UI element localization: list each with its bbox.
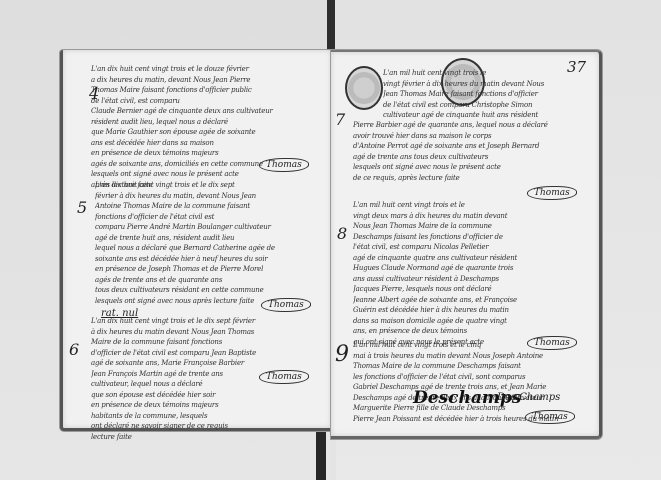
entry-line: agé de cinquante quatre ans cultivateur …	[353, 253, 593, 264]
entry-line: L'an mil huit cent vingt trois le	[383, 68, 589, 79]
entry-line: Pierre Barbier agé de quarante ans, lequ…	[353, 120, 593, 131]
entry-line: Hugues Claude Normand agé de quarante tr…	[353, 263, 593, 274]
entry-line: Guérin est décédée hier à dix heures du …	[353, 305, 593, 316]
entry-number: 8	[337, 224, 347, 243]
entry-line: de ce requis, après lecture faite	[353, 173, 593, 184]
entry-line: les fonctions d'officier de l'état civil…	[353, 372, 593, 383]
entry-line: Nous Jean Thomas Maire de la commune	[353, 221, 593, 232]
entry-line: février à dix heures du matin, devant No…	[95, 191, 325, 202]
entry-line: fonctions d'officier de l'état civil est	[95, 212, 325, 223]
entry-line: mai à trois heures du matin devant Nous …	[353, 351, 593, 362]
right-page: L'an mil huit cent vingt trois le vingt …	[331, 50, 602, 439]
entry-line: Maire de la commune faisant fonctions	[91, 337, 325, 348]
entry-line: Jacques Pierre, lesquels nous ont déclar…	[353, 284, 593, 295]
entry-line: a dix heures du matin, devant Nous Jean …	[91, 75, 323, 86]
entry-7: L'an mil huit cent vingt trois le vingt …	[383, 68, 589, 121]
entry-line: à dix heures du matin devant Nous Jean T…	[91, 327, 325, 338]
entry-line: Claude Bernier agé de cinquante deux ans…	[91, 106, 323, 117]
entry-number: 4	[89, 84, 99, 103]
entry-line: lesquels ont signé avec nous le présent …	[353, 162, 593, 173]
entry-line: d'Antoine Perrot agé de soixante ans et …	[353, 141, 593, 152]
entry-line: ans aussi cultivateur résident à Descham…	[353, 274, 593, 285]
entry-line: L'an dix huit cent vingt trois et le dix…	[91, 316, 325, 327]
entry-line: Thomas Maire de la commune Deschamps fai…	[353, 361, 593, 372]
entry-line: en présence de deux témoins majeurs	[91, 148, 323, 159]
entry-line: ont déclaré ne savoir signer de ce requi…	[91, 421, 325, 432]
entry-line: Jean Thomas Maire faisant fonctions d'of…	[383, 89, 589, 100]
entry-line: agé de trente ans tous deux cultivateurs	[353, 152, 593, 163]
entry-line: L'an dix huit cent vingt trois et le dou…	[91, 64, 323, 75]
entry-line: L'an dix huit cent vingt trois et le dix…	[95, 180, 325, 191]
entry-line: d'officier de l'état civil est comparu J…	[91, 348, 325, 359]
entry-number: 6	[69, 340, 79, 359]
signature-thomas: Thomas	[259, 158, 309, 172]
left-page: L'an dix huit cent vingt trois et le dou…	[60, 50, 331, 431]
entry-line: que Marie Gauthier son épouse agée de so…	[91, 127, 323, 138]
entry-line: lequel nous a déclaré que Bernard Cather…	[95, 243, 325, 254]
signature-des-champs: Des Champs	[497, 392, 560, 403]
entry-line: lecture faite	[91, 432, 325, 443]
entry-line: Antoine Thomas Maire de la commune faisa…	[95, 201, 325, 212]
entry-number: 7	[335, 110, 345, 129]
entry-line: cultivateur agé de cinquante huit ans ré…	[383, 110, 589, 121]
entry-line: en présence de deux témoins majeurs	[91, 400, 325, 411]
entry-line: résident audit lieu, lequel nous a décla…	[91, 117, 323, 128]
entry-line: vingt deux mars à dix heures du matin de…	[353, 211, 593, 222]
signature-thomas: Thomas	[261, 298, 311, 312]
entry-line: vingt février à dix heures du matin deva…	[383, 79, 589, 90]
entry-8: L'an mil huit cent vingt trois et le vin…	[353, 200, 593, 347]
entry-line: agé de trente huit ans, résident audit l…	[95, 233, 325, 244]
entry-line: dans sa maison domicile agée de quatre v…	[353, 316, 593, 327]
entry-5: L'an dix huit cent vingt trois et le dix…	[95, 180, 325, 306]
entry-line: Thomas Maire faisant fonctions d'officie…	[91, 85, 323, 96]
signature-thomas: Thomas	[259, 370, 309, 384]
entry-line: Jeanne Albert agée de soixante ans, et F…	[353, 295, 593, 306]
signature-thomas: Thomas	[525, 410, 575, 424]
entry-number: 9	[335, 342, 349, 367]
entry-line: agé de soixante ans, Marie Françoise Bar…	[91, 358, 325, 369]
entry-line: L'an mil huit cent vingt trois et le	[353, 200, 593, 211]
entry-line: Deschamps faisant les fonctions d'offici…	[353, 232, 593, 243]
entry-line: que son épouse est décédée hier soir	[91, 390, 325, 401]
entry-line: avoir trouvé hier dans sa maison le corp…	[353, 131, 593, 142]
entry-line: de l'état civil, est comparu	[91, 96, 323, 107]
entry-line: en présence de Joseph Thomas et de Pierr…	[95, 264, 325, 275]
entry-line: soixante ans est décédée hier à neuf heu…	[95, 254, 325, 265]
folio-number: 37	[567, 58, 586, 76]
entry-line: agés de trente ans et de quarante ans	[95, 275, 325, 286]
entry-line: habitants de la commune, lesquels	[91, 411, 325, 422]
entry-number: 5	[77, 198, 87, 217]
entry-line: ans est décédée hier dans sa maison	[91, 138, 323, 149]
entry-7-continued: Pierre Barbier agé de quarante ans, lequ…	[353, 120, 593, 183]
signature-thomas: Thomas	[527, 186, 577, 200]
entry-line: de l'état civil est comparu Christophe S…	[383, 100, 589, 111]
entry-line: L'an mil huit cent vingt trois et le cin…	[353, 340, 593, 351]
entry-line: l'état civil, est comparu Nicolas Pellet…	[353, 242, 593, 253]
entry-line: ans, en présence de deux témoins	[353, 326, 593, 337]
entry-line: tous deux cultivateurs résidant en cette…	[95, 285, 325, 296]
entry-line: comparu Pierre André Martin Boulanger cu…	[95, 222, 325, 233]
religious-seal-stamp	[345, 66, 383, 110]
